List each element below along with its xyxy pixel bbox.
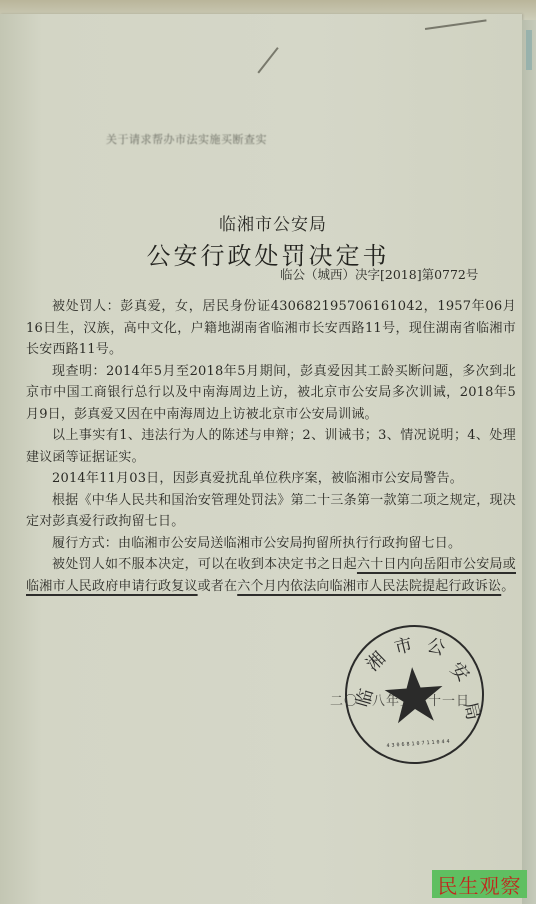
document-number: 临公（城西）决字[2018]第0772号	[280, 265, 478, 283]
seal-char: 湘	[362, 648, 390, 676]
paragraph-appeal: 被处罚人如不服本决定，可以在收到本决定书之日起六十日内向岳阳市公安局或临湘市人民…	[26, 554, 516, 597]
watermark-label: 民生观察	[438, 870, 522, 899]
bleed-through-heading: 关于请求帮办市法实施买断查实	[106, 131, 267, 147]
seal-char: 公	[425, 635, 448, 660]
seal-star-icon: 临 湘 市 公 安 局 4306810711044	[342, 622, 486, 766]
appeal-intro: 被处罚人如不服本决定，可以在收到本决定书之日起	[52, 557, 357, 572]
watermark-badge: 民生观察	[432, 870, 527, 898]
seal-char: 临	[352, 687, 377, 710]
appeal-litigation-underlined: 六个月内依法向临湘市人民法院提起行政诉讼	[237, 579, 501, 594]
underlying-page-edge	[522, 20, 536, 904]
issuing-authority: 临湘市公安局	[0, 210, 536, 235]
seal-char: 市	[392, 634, 415, 659]
appeal-end: 。	[501, 579, 514, 594]
seal-serial: 4306810711044	[386, 739, 451, 750]
paragraph-prior-record: 2014年11月03日，因彭真爱扰乱单位秩序案，被临湘市公安局警告。	[26, 468, 516, 490]
paragraph-execution: 履行方式：由临湘市公安局送临湘市公安局拘留所执行行政拘留七日。	[26, 533, 516, 555]
seal-char: 安	[446, 658, 474, 686]
seal-char: 局	[459, 700, 484, 723]
paragraph-party: 被处罚人：彭真爱，女，居民身份证430682195706161042，1957年…	[26, 296, 516, 361]
appeal-mid: 或者在	[198, 579, 238, 594]
paragraph-facts: 现查明：2014年5月至2018年5月期间，彭真爱因其工龄买断问题，多次到北京市…	[26, 361, 516, 426]
paragraph-evidence: 以上事实有1、违法行为人的陈述与申辩；2、训诫书；3、情况说明；4、处理建议函等…	[26, 425, 516, 468]
paragraph-legal-basis: 根据《中华人民共和国治安管理处罚法》第二十三条第一款第二项之规定，现决定对彭真爱…	[26, 490, 516, 533]
official-seal: 临 湘 市 公 安 局 4306810711044	[340, 620, 488, 768]
document-body: 被处罚人：彭真爱，女，居民身份证430682195706161042，1957年…	[26, 296, 516, 597]
